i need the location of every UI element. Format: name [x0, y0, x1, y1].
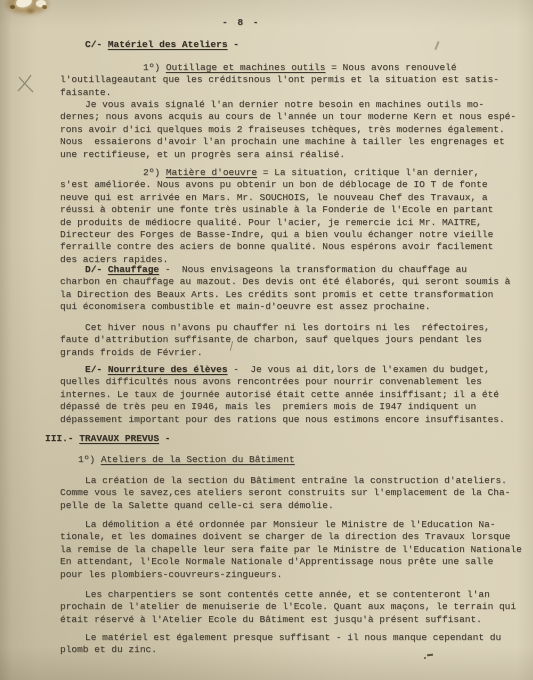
text-line: une rectifieuse, et un progrès sera ains…	[60, 149, 533, 161]
text-line: Comme vous le savez,ces ateliers seront …	[60, 487, 533, 499]
text-line: de produits de médiocre qualité. Pour l'…	[60, 217, 533, 229]
iii-paragraph-4: Le matériel est également presque suffis…	[60, 632, 533, 657]
text-line: grands froids de Février.	[60, 347, 533, 359]
section-iii-heading: III.- TRAVAUX PREVUS -	[45, 433, 533, 445]
item2-title: Matière d'oeuvre	[166, 167, 257, 178]
item1-rest: = Nous avons renouvelé	[325, 62, 456, 73]
section-e-heading-line: E/- Nourriture des élèves - Je vous ai d…	[60, 364, 533, 376]
pencil-dot-mark	[424, 657, 426, 659]
text-line: était réservé à l'Atelier Ecole du Bâtim…	[60, 614, 533, 626]
section-d: D/- Chauffage - Nous envisageons la tran…	[60, 264, 533, 314]
section-iii-title: TRAVAUX PREVUS	[79, 433, 159, 444]
section-c-paragraph: Je vous avais signalé l'an dernier notre…	[60, 99, 533, 161]
section-iii: III.- TRAVAUX PREVUS -	[60, 433, 533, 445]
text-line: Le matériel est également presque suffis…	[60, 632, 533, 644]
pencil-x-mark	[16, 73, 36, 95]
text-line: prochain de l'atelier de menuiserie de l…	[60, 601, 533, 613]
text-line: la Direction des Beaux Arts. Les crédits…	[60, 289, 533, 301]
text-line: plomb et du zinc.	[60, 644, 533, 656]
section-d-title: Chauffage	[108, 264, 159, 275]
paper-speck	[10, 5, 15, 9]
section-e-title: Nourriture des élèves	[108, 364, 228, 375]
iii-paragraph-3: Les charpentiers se sont contentés cette…	[60, 589, 533, 626]
section-e-rest: - Je vous ai dit,lors de l'examen du bud…	[228, 364, 490, 375]
section-iii-number: III.-	[45, 433, 79, 444]
text-line: pelle de la Salette quand celle-ci sera …	[60, 500, 533, 512]
text-line: internes. Le taux de journée autorisé ét…	[60, 389, 533, 401]
text-line: Nous essaierons d'avoir l'an prochain un…	[60, 136, 533, 148]
text-line: faute d'attribution suffisante de charbo…	[60, 334, 533, 346]
section-d-heading-line: D/- Chauffage - Nous envisageons la tran…	[60, 264, 533, 276]
item2-number: 2º)	[143, 167, 166, 178]
section-c-item2: 2º) Matière d'oeuvre = La situation, cri…	[60, 167, 533, 266]
text-line: En attendant, l'Ecole Normale Nationale …	[60, 556, 533, 568]
section-c-heading: C/- Matériel des Ateliers -	[60, 39, 533, 51]
section-c-label: C/-	[85, 39, 108, 50]
section-iii-dash: -	[159, 433, 170, 444]
text-line: quelles difficultés nous avons rencontré…	[60, 376, 533, 388]
item2-heading-line: 2º) Matière d'oeuvre = La situation, cri…	[60, 167, 533, 179]
iii-item1-title: Ateliers de la Section du Bâtiment	[101, 454, 295, 465]
scanned-document-page: - 8 - C/- Matériel des Ateliers - 1º) Ou…	[0, 0, 533, 680]
iii-paragraph-1: La création de la section du Bâtiment en…	[60, 475, 533, 512]
text-line: neuve qui est arrivée en Mars. Mr. SOUCH…	[60, 192, 533, 204]
iii-item1-number: 1º)	[78, 454, 101, 465]
text-line: l'outillageautant que les créditsnous l'…	[60, 74, 533, 86]
section-d-paragraph: Cet hiver nous n'avons pu chauffer ni le…	[60, 322, 533, 359]
text-line: faisante.	[60, 87, 533, 99]
page-number: - 8 -	[222, 17, 261, 29]
section-c-title: Matériel des Ateliers	[108, 39, 228, 50]
paper-speck	[27, 9, 34, 13]
text-line: Cet hiver nous n'avons pu chauffer ni le…	[60, 322, 533, 334]
section-c-item1: 1º) Outillage et machines outils = Nous …	[60, 62, 533, 99]
text-line: tionale, et les domaines doivent se char…	[60, 531, 533, 543]
text-line: s'est améliorée. Nous avons pu obtenir u…	[60, 179, 533, 191]
section-c-dash: -	[228, 39, 239, 50]
text-line: Directeur des Forges de Basse-Indre, qui…	[60, 229, 533, 241]
text-line: charbon en chauffage au mazout. Des devi…	[60, 276, 533, 288]
item1-title: Outillage et machines outils	[166, 62, 326, 73]
item1-heading-line: 1º) Outillage et machines outils = Nous …	[60, 62, 533, 74]
section-d-label: D/-	[85, 264, 108, 275]
section-c: C/- Matériel des Ateliers -	[60, 39, 533, 51]
section-d-rest: - Nous envisageons la transformation du …	[159, 264, 467, 275]
item1-number: 1º)	[143, 62, 166, 73]
text-line: La démolition a été ordonnée par Monsieu…	[60, 519, 533, 531]
text-line: dépassé de très peu en I946, mais les pr…	[60, 401, 533, 413]
text-line: la remise de la chapelle leur sera faite…	[60, 544, 533, 556]
iii-paragraph-2: La démolition a été ordonnée par Monsieu…	[60, 519, 533, 581]
text-line: Je vous avais signalé l'an dernier notre…	[60, 99, 533, 111]
text-line: dépassement important pour des rations q…	[60, 414, 533, 426]
iii-item1-heading: 1º) Ateliers de la Section du Bâtiment	[60, 454, 533, 466]
section-e-label: E/-	[85, 364, 108, 375]
text-line: qui économisera combustible et main-d'oe…	[60, 301, 533, 313]
text-line: Les charpentiers se sont contentés cette…	[60, 589, 533, 601]
section-e: E/- Nourriture des élèves - Je vous ai d…	[60, 364, 533, 426]
text-line: La création de la section du Bâtiment en…	[60, 475, 533, 487]
text-line: dernes; nous avons acquis au cours de l'…	[60, 111, 533, 123]
text-line: réussi à obtenir une fonte très usinable…	[60, 204, 533, 216]
text-line: pour les plombiers-couvreurs-zingueurs.	[60, 569, 533, 581]
section-iii-item1: 1º) Ateliers de la Section du Bâtiment	[60, 454, 533, 466]
item2-rest: = La situation, critique l'an dernier,	[257, 167, 479, 178]
text-line: ferraille contre des aciers de bonne qua…	[60, 241, 533, 253]
text-line: rons avoir d'ici quelques mois 2 fraiseu…	[60, 124, 533, 136]
